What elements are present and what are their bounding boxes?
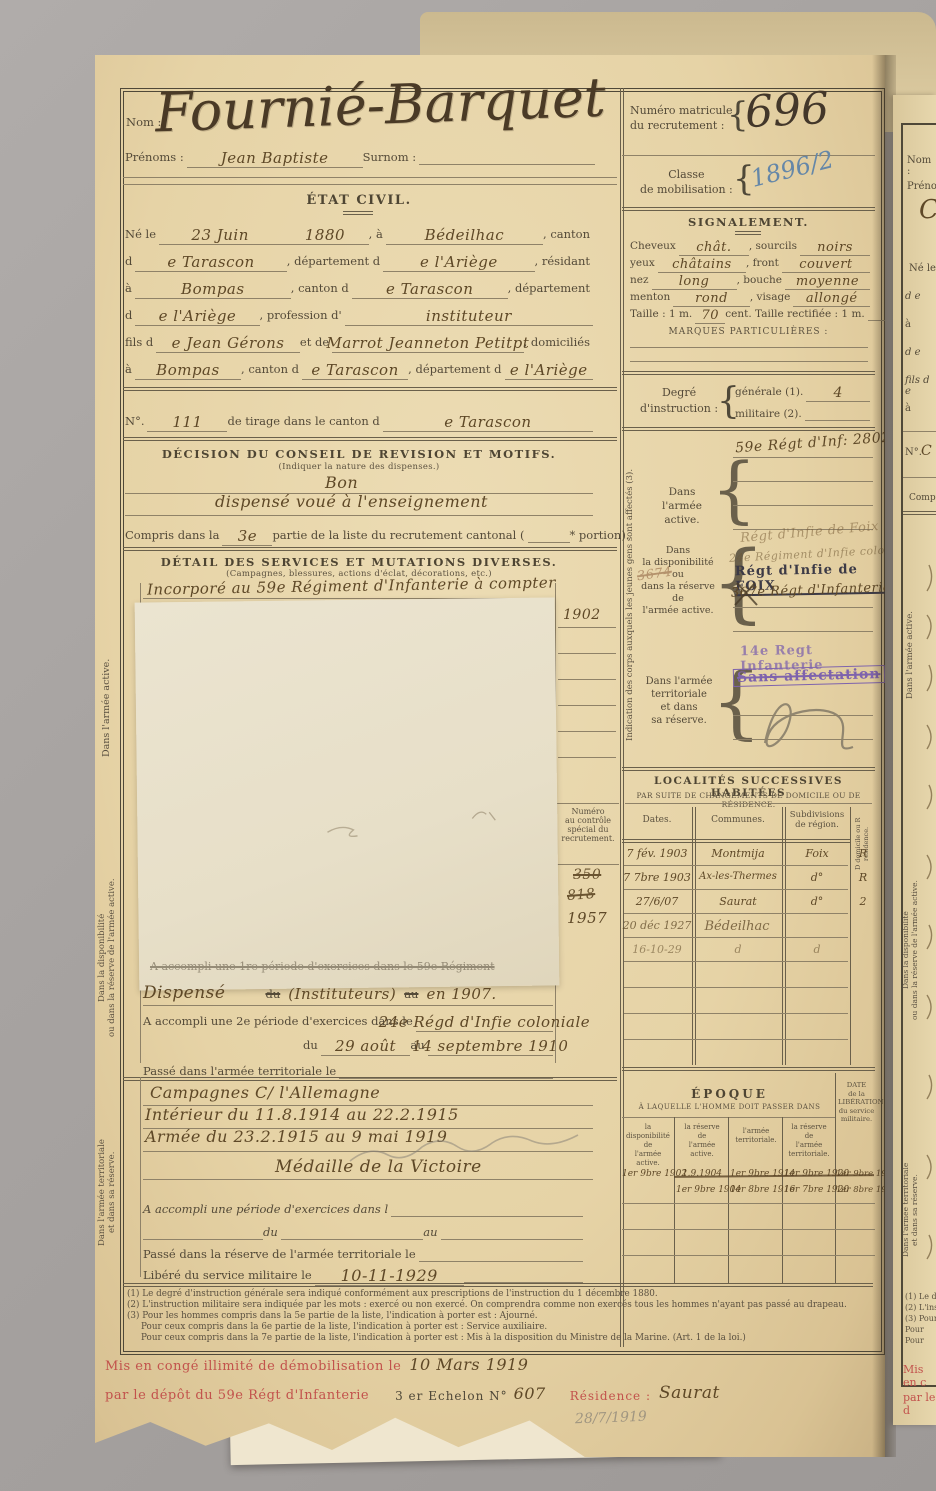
compris-blank [528,542,570,543]
epoque-value: 1er 9bre 1904 [676,1185,728,1195]
tirage-text: de tirage dans le canton d [227,414,382,429]
compris-end: * portion). [570,528,633,543]
header-rule [622,839,850,843]
dispense-au: au [404,987,418,1001]
demob-line1: Mis en congé illimité de démobilisation … [105,1355,725,1374]
campagnes-left-rule [140,1077,141,1277]
tirage-number: 111 [147,413,227,432]
au-date: 14 septembre 1910 [428,1037,553,1056]
residence-hw: Saurat [659,1383,720,1403]
domicile-value: Bompas [135,361,241,380]
loc-subdiv: d° [784,895,850,908]
generale-label: générale (1). [735,386,806,399]
ruled-line [622,1255,875,1256]
controle-box: Numéro au contrôle spécial du recrutemen… [556,803,619,865]
section-rule [622,427,875,431]
ruled-line [558,653,616,654]
compris-part: 3e [222,527,272,546]
domicilies-label: , domiciliés [524,335,593,350]
col-subdiv-header: Subdivisions de région. [784,810,850,830]
next-red-fragment: Mis en c [903,1363,936,1389]
loc-subdiv: d° [784,871,850,884]
side-year: 1902 [563,607,601,623]
periode-label: A accompli une période d'exercices dans … [143,1202,391,1217]
loc-commune: Saurat [694,895,782,908]
canton-value: e Tarascon [302,361,408,380]
epoque-value: 1er 7bre 1920 [784,1185,834,1195]
a-label: , à [369,227,386,242]
blank [391,1216,583,1217]
dispense-line: Dispensé du (Instituteurs) au en 1907. [143,983,553,1003]
loc-commune: Montmija [694,847,782,860]
ruled-line [624,865,848,866]
loc-commune: d [694,943,782,956]
canton-value: e Tarascon [352,280,508,299]
dispense-inst: (Instituteurs) [288,985,396,1003]
next-prenoms-label: Prénoms [907,181,936,192]
brace-decoration: { [711,447,757,531]
decision-subtitle: (Indiquer la nature des dispenses.) [125,462,593,472]
matricule-number: 696 [744,83,831,138]
ruled-line [123,177,617,178]
dispense-en: en 1907. [426,985,496,1003]
footnote-3b: Pour ceux compris dans la 6e partie de l… [127,1322,873,1333]
ruled-line [624,961,848,962]
controle-n3: 1957 [567,909,607,927]
epoque-col1-header: la disponibilité de l'armée active. [622,1123,674,1168]
signalement-title: SIGNALEMENT. [622,215,875,229]
epoque-value: 1er 8bre 1926 [836,1185,875,1195]
ruled-line [622,1203,875,1204]
next-fils-label: fils d e [905,375,936,397]
dept-label: , département d [287,254,383,269]
col-communes-header: Communes. [694,815,782,825]
taille-value: 70 [695,308,725,324]
next-nom-label: Nom : [907,155,936,177]
du-label: du [303,1038,321,1053]
ruled-line [624,889,848,890]
loc-date: 27/6/07 [622,895,692,908]
section-rule [123,1077,617,1081]
epoque-value: 1er 9bre 1902 [622,1169,674,1179]
date-liberation-header: DATE de la LIBÉRATION du service militai… [838,1081,875,1124]
ruled-line [622,1229,875,1230]
passe-reserve-label: Passé dans la réserve de l'armée territo… [143,1247,419,1262]
dept-label: , département d [408,362,504,377]
loc-subdiv: Foix [784,847,850,860]
ruled-line [733,715,873,716]
ruled-line [622,155,875,156]
demob-stamp-text: Mis en congé illimité de démobilisation … [105,1359,401,1374]
no-label: N°. [125,414,147,429]
section-rule [622,767,875,771]
section-rule [903,511,936,515]
matricule-label: Numéro matricule du recrutement : [630,103,733,133]
controle-n2: 818 [566,886,595,904]
ruled-line [558,757,616,758]
etat-civil-title: ÉTAT CIVIL. [125,193,593,208]
dispense-du: du [265,987,280,1001]
ruled-line [558,679,616,680]
ruled-line [624,937,848,938]
section-rule [622,371,875,375]
ruled-line [624,987,848,988]
residence-stamp: Résidence : [570,1389,651,1403]
canton-label: , canton d [241,362,302,377]
footnote-1: (1) Le degré d'instruction générale sera… [127,1289,873,1300]
ruled-line [558,705,616,706]
taille-label: Taille : 1 m. [630,308,695,321]
ink-flourish-scrawl [735,683,875,763]
ruled-line [125,515,593,516]
ruled-line [733,457,873,458]
ruled-line [558,731,616,732]
ruled-line [903,477,936,478]
col-dates-header: Dates. [622,815,692,825]
du-date: 29 août [321,1037,411,1056]
next-d-label: d e [905,347,921,358]
generale-value: 4 [806,385,870,402]
ruled-line [733,505,873,506]
decision-dispense: dispensé voué à l'enseignement [215,492,488,511]
surnom-blank [419,164,595,165]
epoque-col4-header: la réserve de l'armée territoriale. [784,1123,834,1159]
decision-bon: Bon [325,473,358,492]
libere-label: Libéré du service militaire le [143,1268,315,1283]
demob-date-hw: 10 Mars 1919 [409,1355,528,1374]
loc-date: 7 7bre 1903 [622,871,692,884]
ruled-line [630,361,868,362]
compris-mid: partie de la liste du recrutement canton… [272,528,527,543]
corps-vertical-label: Indication des corps auxquels les jeunes… [625,440,635,770]
footnote-3c: Pour ceux compris dans la 7e partie de l… [127,1333,873,1344]
echelon-stamp: 3 er Echelon N° [395,1389,508,1403]
pasted-slip [135,597,560,990]
col-divider [692,807,696,1065]
margin-terr-label: Dans l'armée territoriale et dans sa rés… [97,1095,117,1290]
next-red-fragment: par le d [903,1391,936,1417]
section-rule [622,207,875,211]
ruled-line [143,1005,553,1006]
next-d-label: d e [905,291,921,302]
fils-label: fils d [125,335,156,350]
campagnes-hw2: Intérieur du 11.8.1914 au 22.2.1915 [145,1105,459,1124]
profession-value: instituteur [345,307,593,326]
col-divider [782,1117,783,1283]
father-name: e Jean Gérons [156,334,300,353]
prenoms-label: Prénoms : [125,150,187,165]
next-page-edge: Nom : Prénoms C Né le d e à d e fils d e… [893,95,936,1425]
section-rule [123,437,617,441]
mother-name: Marrot Jeanneton Petitpt [332,334,523,353]
ruled-line [558,627,616,628]
classe-label: Classe de mobilisation : [640,167,733,197]
ruled-line [903,431,936,432]
canton-label: , canton d [291,281,352,296]
dept-value: e l'Ariège [135,307,259,326]
epoque-col3-header: l'armée territoriale. [730,1127,782,1145]
canton-suffix: , canton [543,227,593,242]
epoque-title: ÉPOQUE [622,1087,837,1101]
epoque-subtitle: À LAQUELLE L'HOMME DOIT PASSER DANS [622,1103,837,1111]
next-no-label: N°. [905,447,922,458]
loc-commune: Ax-les-Thermes [694,871,782,882]
next-hw-fragment: C [921,443,932,459]
next-footnotes-fragment: (1) Le d (2) L'ins (3) Pour Pour Pour [905,1291,936,1346]
periode1-text: A accompli une 1re période d'exercices d… [150,960,495,973]
services-title: DÉTAIL DES SERVICES ET MUTATIONS DIVERSE… [125,555,593,569]
dept-value: e l'Ariège [505,361,593,380]
footnote-2: (2) L'instruction militaire sera indiqué… [127,1300,873,1311]
profession-label: , profession d' [260,308,345,323]
dispense-hw: Dispensé [143,983,225,1003]
ruled-line [733,481,873,482]
next-hw-fragment: C [919,195,936,225]
medal-text: Médaille de la Victoire [275,1157,482,1177]
marques-label: MARQUES PARTICULIÈRES : [622,327,875,337]
demob-line2: par le dépôt du 59e Régt d'Infanterie 3 … [105,1383,805,1403]
col-divider [782,807,786,1065]
next-margin-terr: Dans l'armée territoriale et dans sa rés… [901,1115,919,1305]
ruled-line [624,913,848,914]
epoque-col2-header: la réserve de l'armée active. [676,1123,728,1159]
campagnes-hw1: Campagnes C/ l'Allemagne [150,1083,380,1102]
a-label: à [125,281,135,296]
margin-dispo-label: Dans la disponibilité ou dans la réserve… [97,845,117,1070]
d-label: d [125,308,135,323]
register-page: Nom : Fournié-Barquet Prénoms : Jean Bap… [95,55,885,1457]
birth-date: 23 Juin [159,226,281,245]
corps-terr-label: Dans l'armée territoriale et dans sa rés… [639,675,719,727]
next-hw-edge-strokes [921,555,936,1315]
pencil-date: 28/7/1919 [575,1409,647,1427]
ruled-line [143,1179,593,1180]
surnom-label: Surnom : [363,150,420,165]
epoque-value: 1er 8bre 1916 [730,1185,782,1195]
tirage-canton: e Tarascon [383,413,593,432]
decision-title: DÉCISION DU CONSEIL DE REVISION ET MOTIF… [125,447,593,461]
next-compris-label: Compr [909,493,936,503]
d-label: d [125,254,135,269]
col-divider [674,1117,675,1283]
section-rule [123,387,617,391]
militaire-label: militaire (2). [735,408,805,421]
echelon-number-hw: 607 [514,1384,546,1403]
ruled-line [733,631,873,632]
controle-header: Numéro au contrôle spécial du recrutemen… [557,804,619,843]
ruled-line [733,739,873,740]
loc-subdiv: d [784,943,850,956]
next-a-label: à [905,403,911,414]
next-margin-dispo: Dans la disponibilité ou dans la réserve… [901,835,919,1065]
ruled-line [630,347,868,348]
ruled-line [123,184,617,185]
dept-value: e l'Ariège [383,253,534,272]
next-margin-active: Dans l'armée active. [905,555,915,755]
periode2-label: A accompli une 2e période d'exercices da… [143,1014,416,1029]
instruction-label: Degré d'instruction : [640,385,718,417]
departement-label: , département [508,281,593,296]
localites-table: Dates. Communes. Subdivisions de région.… [622,807,875,1065]
periode2-hw: 24e Régd d'Infie coloniale [416,1013,553,1032]
section-rule [622,1067,875,1071]
loc-date: 16-10-29 [622,943,692,956]
margin-active-label: Dans l'armée active. [101,600,112,815]
ruled-line [624,1039,848,1040]
prenoms-value: Jean Baptiste [187,149,363,168]
squiggle-rule [625,803,872,804]
birth-year: 1880 [281,226,368,245]
blank [805,420,870,421]
du-label: du [263,1225,281,1240]
demob-depot-text: par le dépôt du 59e Régt d'Infanterie [105,1388,369,1403]
au-label: au [423,1225,440,1240]
compris-label: Compris dans la [125,528,222,543]
section-rule [123,547,617,551]
residant-label: , résidant [535,254,593,269]
col-divider [728,1117,729,1283]
footnotes: (1) Le degré d'instruction générale sera… [127,1289,873,1344]
ne-le-label: Né le [125,227,159,242]
next-nele-label: Né le [909,263,936,274]
cross-out-mark [731,579,761,609]
loc-date: 7 fév. 1903 [622,847,692,860]
next-a-label: à [905,319,911,330]
ruled-line [624,1013,848,1014]
controle-n1: 350 [573,867,601,883]
birth-place: Bédeilhac [386,226,543,245]
footnote-rule [123,1283,873,1287]
canton-value: e Tarascon [135,253,286,272]
footnote-3a: (3) Pour les hommes compris dans la 5e p… [127,1311,873,1322]
residence-value: Bompas [135,280,291,299]
col-dr-header: D domicile ou R résidence. [854,809,870,879]
title-underline [343,211,373,215]
col-divider [850,807,851,1065]
taille-rect-label: cent. Taille rectifiée : 1 m. [725,308,867,321]
a-label: à [125,362,135,377]
corps-active-label: Dans l'armée active. [643,485,721,527]
ruled-line [733,607,873,608]
loc-commune: Bédeilhac [682,919,792,934]
slip-bleedthrough-marks [135,597,560,990]
epoque-table: ÉPOQUE À LAQUELLE L'HOMME DOIT PASSER DA… [622,1073,875,1283]
